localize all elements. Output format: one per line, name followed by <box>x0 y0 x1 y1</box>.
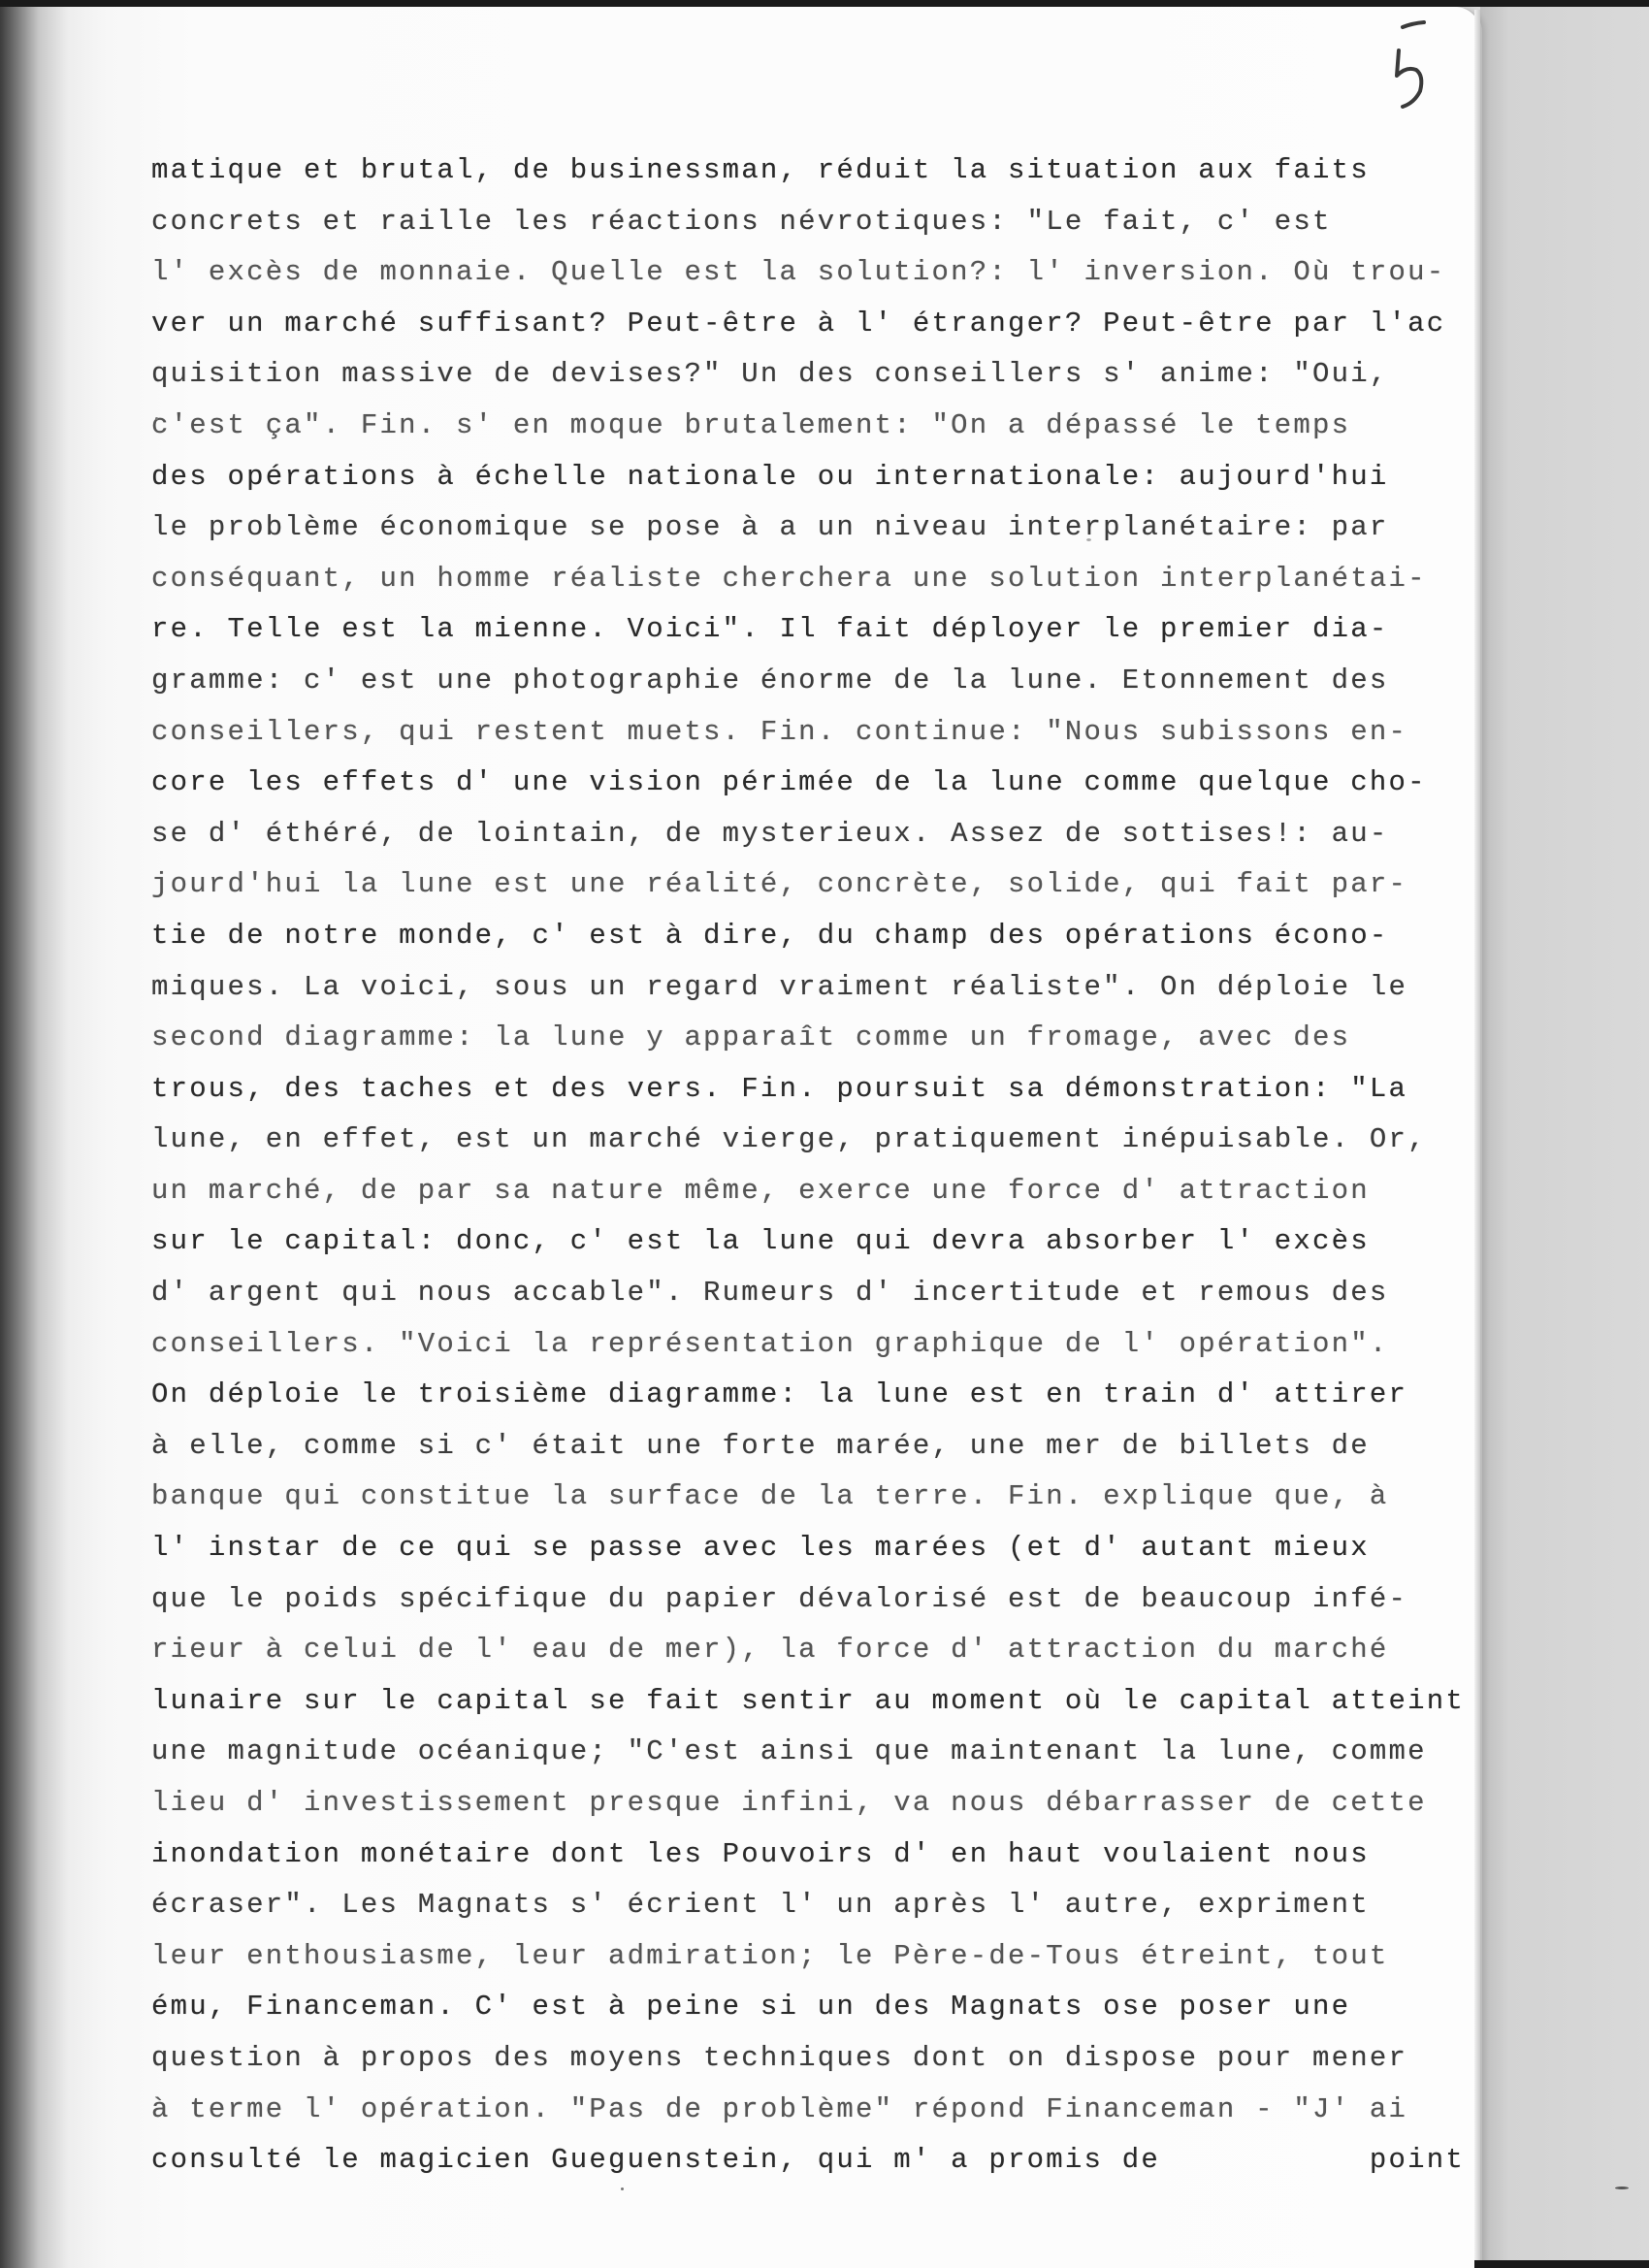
text-line: à elle, comme si c' était une forte maré… <box>151 1421 1509 1473</box>
typed-text-body: matique et brutal, de businessman, rédui… <box>151 146 1509 2187</box>
text-line: gramme: c' est une photographie énorme d… <box>151 656 1509 707</box>
scan-speck <box>1615 2187 1629 2189</box>
text-line: un marché, de par sa nature même, exerce… <box>151 1166 1509 1217</box>
text-line: lieu d' investissement presque infini, v… <box>151 1778 1509 1830</box>
text-line: écraser". Les Magnats s' écrient l' un a… <box>151 1880 1509 1931</box>
text-line: trous, des taches et des vers. Fin. pour… <box>151 1064 1509 1116</box>
text-line: lune, en effet, est un marché vierge, pr… <box>151 1115 1509 1166</box>
text-line: que le poids spécifique du papier dévalo… <box>151 1574 1509 1626</box>
scan-speck <box>621 2187 624 2190</box>
scanner-top-edge <box>0 0 1649 7</box>
text-line: miques. La voici, sous un regard vraimen… <box>151 962 1509 1014</box>
scanner-bottom-edge <box>1474 2260 1649 2268</box>
text-line: question à propos des moyens techniques … <box>151 2033 1509 2085</box>
text-line: lunaire sur le capital se fait sentir au… <box>151 1676 1509 1728</box>
text-line: rieur à celui de l' eau de mer), la forc… <box>151 1625 1509 1676</box>
text-line: l' instar de ce qui se passe avec les ma… <box>151 1523 1509 1574</box>
text-line: consulté le magicien Gueguenstein, qui m… <box>151 2135 1509 2187</box>
text-line: banque qui constitue la surface de la te… <box>151 1472 1509 1523</box>
scan-speck <box>155 417 158 420</box>
text-line: se d' éthéré, de lointain, de mysterieux… <box>151 809 1509 860</box>
text-line: c'est ça". Fin. s' en moque brutalement:… <box>151 401 1509 452</box>
text-line: ému, Financeman. C' est à peine si un de… <box>151 1982 1509 2033</box>
text-line: une magnitude océanique; "C'est ainsi qu… <box>151 1727 1509 1778</box>
handwritten-page-number-icon: 5 <box>1385 14 1443 111</box>
text-line: conséquant, un homme réaliste cherchera … <box>151 554 1509 605</box>
text-line: leur enthousiasme, leur admiration; le P… <box>151 1931 1509 1983</box>
text-line: tie de notre monde, c' est à dire, du ch… <box>151 911 1509 962</box>
text-line: à terme l' opération. "Pas de problème" … <box>151 2085 1509 2136</box>
text-line: concrets et raille les réactions névroti… <box>151 197 1509 248</box>
text-line: matique et brutal, de businessman, rédui… <box>151 146 1509 197</box>
scan-speck <box>1086 538 1091 541</box>
text-line: ver un marché suffisant? Peut-être à l' … <box>151 299 1509 350</box>
text-line: On déploie le troisième diagramme: la lu… <box>151 1370 1509 1421</box>
text-line: le problème économique se pose à a un ni… <box>151 502 1509 554</box>
text-line: sur le capital: donc, c' est la lune qui… <box>151 1216 1509 1268</box>
text-line: jourd'hui la lune est une réalité, concr… <box>151 859 1509 911</box>
text-line: des opérations à échelle nationale ou in… <box>151 452 1509 503</box>
text-line: conseillers. "Voici la représentation gr… <box>151 1319 1509 1371</box>
text-line: l' excès de monnaie. Quelle est la solut… <box>151 247 1509 299</box>
text-line: d' argent qui nous accable". Rumeurs d' … <box>151 1268 1509 1319</box>
text-line: quisition massive de devises?" Un des co… <box>151 349 1509 401</box>
text-line: re. Telle est la mienne. Voici". Il fait… <box>151 604 1509 656</box>
text-line: conseillers, qui restent muets. Fin. con… <box>151 707 1509 759</box>
text-line: inondation monétaire dont les Pouvoirs d… <box>151 1830 1509 1881</box>
text-line: second diagramme: la lune y apparaît com… <box>151 1013 1509 1064</box>
text-line: core les effets d' une vision périmée de… <box>151 758 1509 809</box>
